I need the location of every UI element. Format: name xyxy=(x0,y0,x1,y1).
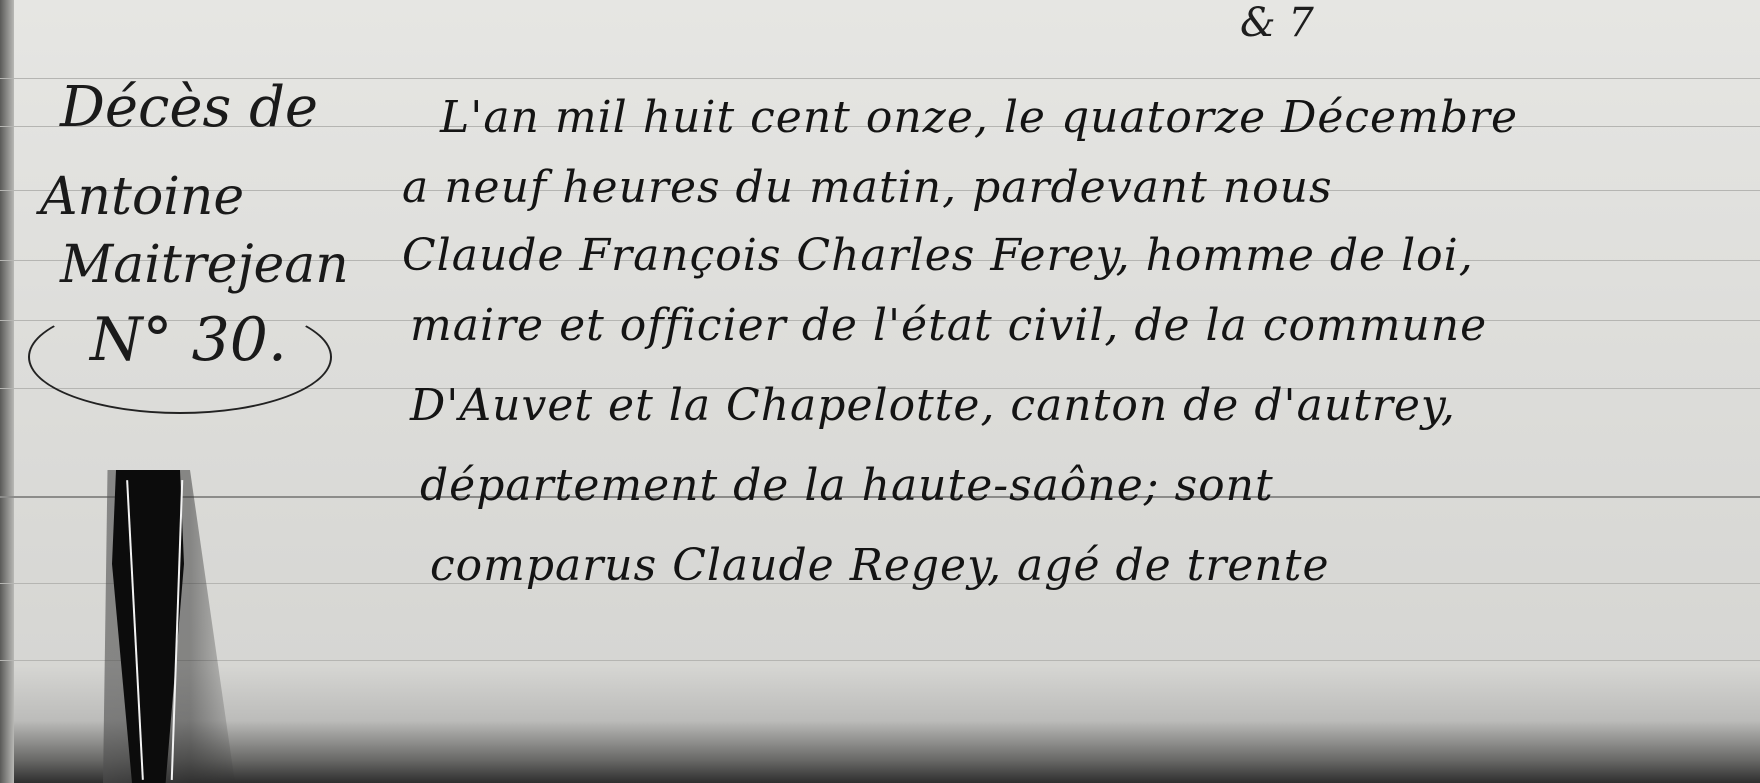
record-line-4: maire et officier de l'état civil, de la… xyxy=(410,300,1487,351)
record-line-3: Claude François Charles Ferey, homme de … xyxy=(402,230,1474,281)
page-left-edge xyxy=(0,0,14,783)
record-line-1: L'an mil huit cent onze, le quatorze Déc… xyxy=(440,92,1518,143)
record-line-7: comparus Claude Regey, agé de trente xyxy=(430,540,1329,591)
record-line-2: a neuf heures du matin, pardevant nous xyxy=(402,162,1333,213)
margin-flourish-oval xyxy=(28,300,332,414)
record-line-6: département de la haute-saône; sont xyxy=(420,460,1274,511)
margin-title: Décès de xyxy=(60,75,318,140)
ruled-line xyxy=(0,660,1760,661)
margin-first-name: Antoine xyxy=(40,167,244,227)
top-flourish: & 7 xyxy=(1240,0,1314,46)
record-line-5: D'Auvet et la Chapelotte, canton de d'au… xyxy=(410,380,1456,431)
margin-surname: Maitrejean xyxy=(60,235,349,295)
scanned-register-page: & 7 Décès de Antoine Maitrejean N° 30. L… xyxy=(0,0,1760,783)
